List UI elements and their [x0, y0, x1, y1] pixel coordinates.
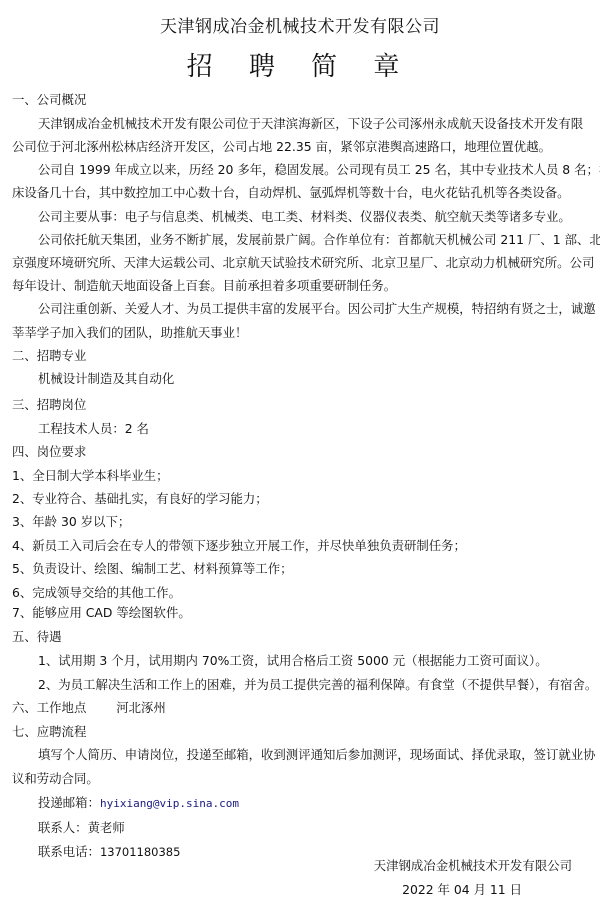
paragraph-line: 莘莘学子加入我们的团队，助推航天事业！	[12, 325, 592, 341]
requirement-item: 2、专业符合、基础扎实，有良好的学习能力；	[12, 491, 592, 507]
company-title: 天津钢成冶金机械技术开发有限公司	[0, 12, 600, 37]
paragraph-line: 公司主要从事：电子与信息类、机械类、电工类、材料类、仪器仪表类、航空航天类等诸多…	[38, 209, 600, 225]
section-heading-positions: 三、招聘岗位	[12, 397, 592, 413]
paragraph-line: 议和劳动合同。	[12, 771, 592, 787]
signature-date: 2022 年 04 月 11 日	[402, 880, 522, 898]
paragraph-line: 京强度环境研究所、天津大运载公司、北京航天试验技术研究所、北京卫星厂、北京动力机…	[12, 255, 592, 271]
section-heading-requirements: 四、岗位要求	[12, 444, 592, 460]
positions-content: 工程技术人员：2 名	[38, 421, 600, 437]
location-value: 河北涿州	[116, 700, 166, 715]
document-title: 招 聘 简 章	[0, 46, 600, 83]
benefit-item: 2、为员工解决生活和工作上的困难，并为员工提供完善的福利保障。有食堂（不提供早餐…	[38, 677, 600, 693]
paragraph-line: 公司注重创新、关爱人才、为员工提供丰富的发展平台。因公司扩大生产规模，特招纳有贤…	[38, 301, 600, 317]
contact-phone-label: 联系电话：	[38, 844, 100, 859]
email-label: 投递邮箱：	[38, 795, 100, 810]
requirement-item: 5、负责设计、绘图、编制工艺、材料预算等工作；	[12, 561, 592, 577]
location-label: 六、工作地点	[12, 700, 86, 715]
requirement-item: 7、能够应用 CAD 等绘图软件。	[12, 605, 592, 621]
requirement-item: 1、全日制大学本科毕业生；	[12, 468, 592, 484]
recruitment-document: 天津钢成冶金机械技术开发有限公司 招 聘 简 章 一、公司概况 天津钢成冶金机械…	[0, 0, 600, 900]
requirement-item: 3、年龄 30 岁以下；	[12, 514, 592, 530]
paragraph-line: 公司依托航天集团，业务不断扩展，发展前景广阔。合作单位有：首都航天机械公司 21…	[38, 232, 600, 248]
paragraph-line: 每年设计、制造航天地面设备上百套。目前承担着多项重要研制任务。	[12, 278, 592, 294]
paragraph-line: 填写个人简历、申请岗位，投递至邮箱，收到测评通知后参加测评，现场面试、择优录取，…	[38, 747, 600, 763]
contact-email-row: 投递邮箱：hyixiang@vip.sina.com	[38, 795, 600, 812]
contact-phone-value: 13701180385	[100, 845, 180, 859]
contact-person-row: 联系人：黄老师	[38, 820, 600, 836]
section-heading-process: 七、应聘流程	[12, 724, 592, 740]
paragraph-line: 公司自 1999 年成立以来，历经 20 多年，稳固发展。公司现有员工 25 名…	[38, 162, 600, 178]
section-heading-location: 六、工作地点 河北涿州	[12, 700, 592, 716]
section-heading-benefits: 五、待遇	[12, 629, 592, 645]
paragraph-line: 床设备几十台，其中数控加工中心数十台，自动焊机、氩弧焊机等数十台，电火花钻孔机等…	[12, 185, 592, 201]
contact-person-label: 联系人：	[38, 820, 88, 835]
email-link[interactable]: hyixiang@vip.sina.com	[100, 797, 239, 810]
benefit-item: 1、试用期 3 个月，试用期内 70%工资，试用合格后工资 5000 元（根据能…	[38, 653, 600, 669]
section-heading-major: 二、招聘专业	[12, 348, 592, 364]
signature-company: 天津钢成冶金机械技术开发有限公司	[374, 856, 572, 874]
major-content: 机械设计制造及其自动化	[38, 371, 600, 387]
paragraph-line: 天津钢成冶金机械技术开发有限公司位于天津滨海新区，下设子公司涿州永成航天设备技术…	[38, 116, 600, 132]
requirement-item: 6、完成领导交给的其他工作。	[12, 585, 592, 601]
section-heading-company-overview: 一、公司概况	[12, 92, 592, 108]
paragraph-line: 公司位于河北涿州松林店经济开发区，公司占地 22.35 亩，紧邻京港舆高速路口，…	[12, 139, 592, 155]
requirement-item: 4、新员工入司后会在专人的带领下逐步独立开展工作，并尽快单独负责研制任务；	[12, 538, 592, 554]
contact-person-value: 黄老师	[88, 820, 125, 835]
